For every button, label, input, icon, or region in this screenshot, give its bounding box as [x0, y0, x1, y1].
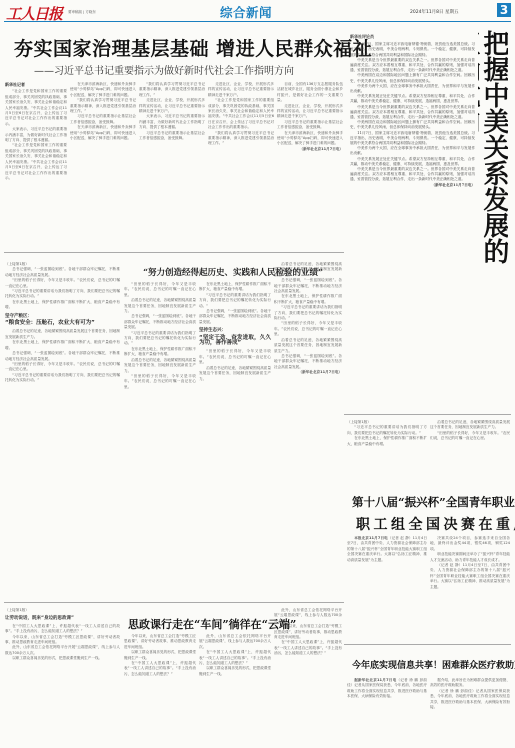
medical-headline: 今年底实现信息共享！困难群众医疗救助更高效	[352, 658, 515, 671]
commentary-signoff: （新华社北京11月7日电）	[350, 183, 475, 188]
lead-signoff: （新华社北京11月7日电）	[277, 147, 343, 152]
ideology-paragraph: 此外，山东省总工会依托网络平台开展“云端思政课”，线上参与人数达700余万人次。	[274, 608, 342, 624]
lead-column-5: 目前，全国有136万支志愿服务队伍活跃在城乡社区，服务全面小康社会和乡村振兴，是…	[277, 82, 343, 250]
skills-headline-line1: 第十八届“振兴杯”全国青年职业技能大赛	[352, 494, 515, 510]
ideology-paragraph: 今年以来，山东省总工会打造“劳模工匠思政课”，讲好劳动者故事，推动思政教育走进车…	[124, 634, 196, 650]
lead-paragraph: 走进社区、企业、学校，开展形式多样的宣传活动，让习近平总书记重要指示精神走进千家…	[208, 82, 274, 98]
feature-column-4: 沿着总书记的足迹，各地紧紧围绕高质量发展这个首要任务，因地制宜发展新质生产力。 …	[274, 262, 342, 602]
feature-paragraph: 沿着总书记的足迹，各地紧紧围绕高质量发展这个首要任务，因地制宜发展新质生产力。	[274, 262, 342, 278]
ideology-column-4: 此外，山东省总工会依托网络平台开展“云端思政课”，线上参与人数达700余万人次。…	[274, 608, 342, 748]
commentary-paragraph: 中美关系是当今世界最重要的双边关系之一。世界各国对中美关系走向普遍高度关注。双方…	[350, 167, 475, 183]
section-title: 综合新闻	[220, 3, 272, 21]
skills-dateline: 本报北京11月7日电	[354, 536, 388, 540]
feature-paragraph: 总书记强调，“一张蓝图绘到底”。各地干部群众牢记嘱托，不断推动地方经济社会高质量…	[5, 351, 120, 362]
skills-paragraph: 职业技能决赛期间还举办了“振兴杯”青年技能人才交流活动，助力青年技能人才成长成才…	[430, 552, 510, 563]
commentary-paragraph: 中美关系是当今世界最重要的双边关系之一。世界各国对中美关系走向普遍高度关注。双方…	[350, 105, 475, 121]
feature-paragraph: “田里的稻子长得好，今年又是丰收年。”农民们说，总书记的叮嘱一直记在心里。	[124, 374, 196, 390]
lead-paragraph: 目前，全国有136万支志愿服务队伍活跃在城乡社区，服务全面小康社会和乡村振兴，是…	[277, 82, 343, 104]
ideology-column-2: 今年以来，山东省总工会打造“劳模工匠思政课”，讲好劳动者故事，推动思政教育走进车…	[124, 634, 196, 748]
medical-column-1: 据新华社北京11月7日电（记者 徐 鹏 彭韵佳）记者从国家医保局获悉，今年底前，…	[347, 678, 427, 748]
feature-paragraph: “田里的稻子长得好，今年又是丰收年。”农民们说，总书记的叮嘱一直记在心里。	[199, 349, 271, 365]
lead-column-3: “我们将认真学习贯彻习近平总书记重要指示精神，深入推进党建引领基层治理工作。” …	[139, 82, 205, 250]
lead-headline: 夯实国家治理基层基础 增进人民群众福祉	[14, 34, 372, 61]
lead-paragraph: 习近平总书记的重要指示让基层社会工作者倍感振奋，备受鼓舞。	[277, 120, 343, 131]
ideology-paragraph: 以职工群众喜闻乐见的形式，把思政课堂搬到生产一线。	[199, 666, 271, 677]
lead-paragraph: 大家表示，习近平总书记的重要指示内涵丰富，为做好新时代社会工作指明了方向、提供了…	[139, 114, 205, 130]
feature-signoff: （新华社北京11月7日电）	[274, 370, 342, 375]
lead-byline: 新华社记者	[5, 82, 67, 87]
feature-paragraph: “田里的稻子长得好，今年又是丰收年。”农民们说，总书记的叮嘱一直记在心里。	[5, 278, 120, 289]
feature-paragraph: “习近平总书记的重要讲话为我们指明了方向，我们要把总书记的嘱托转化为实际行动。”	[274, 305, 342, 321]
lead-paragraph: “社会工作是党和国家工作的重要组成部分，事关巩固党的执政基础，事关国家长治久安，…	[208, 98, 274, 130]
feature-paragraph: 总书记强调，“一张蓝图绘到底”。各地干部群众牢记嘱托，不断推动地方经济社会高质量…	[274, 354, 342, 370]
feature-column-1: （上接第1版） 总书记强调，“一张蓝图绘到底”。各地干部群众牢记嘱托，不断推动地…	[5, 262, 120, 572]
feature-paragraph: “田里的稻子长得好，今年又是丰收年。”农民们说，总书记的叮嘱一直记在心里。	[430, 431, 510, 442]
ideology-paragraph: 在“中国工人大思政课”上，许振超代表“一线工人讲述自己的故事”。“手上没有油污，…	[5, 624, 120, 635]
skills-paragraph: （记者 赵 静）11月4日至7日，由共青团中央、人力资源社会保障部主办的第十八届…	[430, 563, 510, 590]
feature-paragraph: 沿着总书记的足迹，各地紧紧围绕高质量发展这个首要任务，因地制宜发展新质生产力。	[124, 358, 196, 374]
ideology-paragraph: 以职工群众喜闻乐见的形式，把思政课堂搬到生产一线。	[5, 656, 120, 661]
lead-paragraph: 在天津市滨海新区，快递和外卖骑手使用“小哥驿站”App扫码，即可快速进入小区配送…	[70, 125, 136, 141]
lead-paragraph: “我们将认真学习贯彻习近平总书记重要指示精神，深入推进党建引领基层治理工作。”	[208, 131, 274, 147]
feature-continuation-1: （上接第1版） “习近平总书记的重要讲话为我们指明了方向，我们要把总书记的嘱托转…	[347, 420, 427, 486]
feature-paragraph: “习近平总书记的重要讲话为我们指明了方向，我们要把总书记的嘱托转化为实际行动。”	[199, 293, 271, 309]
feature-paragraph: 在东北黑土地上，保护性耕作推广面积不断扩大，粮食产量稳中有增。	[347, 436, 427, 447]
lead-paragraph: “我们将认真学习贯彻习近平总书记重要指示精神，深入推进党建引领基层治理工作。”	[139, 82, 205, 98]
feature-continuation-2: 沿着总书记的足迹，各地紧紧围绕高质量发展这个首要任务，因地制宜发展新质生产力。 …	[430, 420, 510, 486]
ideology-paragraph: 此外，山东省总工会依托网络平台开展“云端思政课”，线上参与人数达700余万人次。	[5, 645, 120, 656]
continued-label: （上接第1版）	[5, 608, 120, 613]
feature-section-quote: “坚定干劲、奋发进取，久久为功，善作善成”	[199, 336, 271, 347]
masthead-rule	[4, 21, 511, 22]
feature-paragraph: “习近平总书记的重要讲话为我们指明了方向，我们要把总书记的嘱托转化为实际行动。”	[5, 289, 120, 300]
ideology-column-1: （上接第1版） 让劳动说话，既来“身边的思政课” 在“中国工人大思政课”上，许振…	[5, 608, 120, 748]
feature-paragraph: “习近平总书记的重要讲话为我们指明了方向，我们要把总书记的嘱托转化为实际行动。”	[347, 425, 427, 436]
feature-section-label: 坚持生态兴：	[199, 328, 271, 333]
feature-column-3: 在东北黑土地上，保护性耕作推广面积不断扩大，粮食产量稳中有增。 “习近平总书记的…	[199, 282, 271, 572]
lead-paragraph: “我们将认真学习贯彻习近平总书记重要指示精神，深入推进党建引领基层治理工作。”	[70, 98, 136, 114]
feature-section-quote: “粮食安全：压舱石，农业大有可为”	[5, 321, 120, 326]
commentary-paragraph: 中美作为两个大国，应在全球事务中承担大国责任，为世界和平与发展作出贡献。	[350, 84, 475, 94]
lead-paragraph: 在天津市滨海新区，快递和外卖骑手使用“小哥驿站”App扫码，即可快速进入小区配送…	[277, 131, 343, 147]
ideology-section-label: 让劳动说话，既来“身边的思政课”	[5, 616, 120, 621]
commentary-vertical-title: 把握中美关系发展的正确航向	[478, 30, 508, 265]
ideology-paragraph: 此外，山东省总工会依托网络平台开展“云端思政课”，线上参与人数达700余万人次。	[199, 634, 271, 650]
feature-paragraph: “习近平总书记的重要讲话为我们指明了方向，我们要把总书记的嘱托转化为实际行动。”	[5, 373, 120, 384]
feature-paragraph: 总书记强调，“一张蓝图绘到底”。各地干部群众牢记嘱托，不断推动地方经济社会高质量…	[124, 314, 196, 330]
commentary-body: 新华社评论员 11月7日，国家主席习近平致电唐纳德·特朗普，祝贺他当选美国总统。…	[350, 34, 475, 414]
medical-dateline: 据新华社北京11月7日电	[354, 678, 396, 682]
feature-paragraph: 总书记强调，“一张蓝图绘到底”。各地干部群众牢记嘱托，不断推动地方经济社会高质量…	[5, 267, 120, 278]
feature-paragraph: 总书记强调，“一张蓝图绘到底”。各地干部群众牢记嘱托，不断推动地方经济社会高质量…	[199, 309, 271, 325]
feature-paragraph: “田里的稻子长得好，今年又是丰收年。”农民们说，总书记的叮嘱一直记在心里。	[274, 321, 342, 337]
skills-paragraph: 决赛共设24个项目，参赛选手来自全国各地，最终评出金奖44项，银奖46项，铜奖1…	[430, 536, 510, 552]
feature-paragraph: 总书记强调，“一张蓝图绘到底”。各地干部群众牢记嘱托，不断推动地方经济社会高质量…	[274, 278, 342, 294]
masthead-editor-line: 要审稿阅 | 方晓东	[68, 10, 96, 15]
lead-paragraph: 习近平总书记的重要指示让基层社会工作者倍感振奋，备受鼓舞。	[70, 114, 136, 125]
medical-paragraph: （记者 徐 鹏 彭韵佳）记者从国家医保局获悉，今年底前，各地医疗救助工作将全面实…	[430, 689, 510, 711]
feature-paragraph: 在东北黑土地上，保护性耕作推广面积不断扩大，粮食产量稳中有增。	[124, 347, 196, 358]
section-divider	[344, 414, 511, 415]
skills-column-2: 决赛共设24个项目，参赛选手来自全国各地，最终评出金奖44项，银奖46项，铜奖1…	[430, 536, 510, 632]
section-divider	[344, 644, 511, 645]
feature-paragraph: “习近平总书记的重要讲话为我们指明了方向，我们要把总书记的嘱托转化为实际行动。”	[124, 331, 196, 347]
feature-paragraph: “田里的稻子长得好，今年又是丰收年。”农民们说，总书记的叮嘱一直记在心里。	[124, 282, 196, 298]
ideology-paragraph: 在“中国工人大思政课”上，许振超代表“一线工人讲述自己的故事”。“手上没有油污，…	[274, 640, 342, 656]
commentary-paragraph: 中美两国在双边和国际地区问题上拥有广泛共同利益和合作空间。回顾历史，中美关系几经…	[350, 120, 475, 130]
feature-paragraph: 沿着总书记的足迹，各地紧紧围绕高质量发展这个首要任务，因地制宜发展新质生产力。	[199, 366, 271, 382]
ideology-column-3: 此外，山东省总工会依托网络平台开展“云端思政课”，线上参与人数达700余万人次。…	[199, 634, 271, 748]
medical-column-2: 据介绍，此举旨在为困难群众提供更加便捷、高效的医疗救助服务。 （记者 徐 鹏 彭…	[430, 678, 510, 748]
lead-paragraph: 走进社区、企业、学校，开展形式多样的宣传活动，让习近平总书记重要指示精神走进千家…	[277, 104, 343, 120]
skills-column-1: 本报北京11月7日电（记者 赵 静）11月4日至7日，由共青团中央、人力资源社会…	[347, 536, 427, 632]
page-number: 3	[497, 3, 511, 17]
lead-subheadline: ——习近平总书记重要指示为做好新时代社会工作指明方向	[34, 62, 294, 77]
issue-date: 2024年11月8日 星期五	[410, 9, 458, 15]
commentary-paragraph: 11月7日，国家主席习近平致电唐纳德·特朗普，祝贺他当选美国总统。习近平指出，历…	[350, 131, 475, 147]
ideology-paragraph: 今年以来，山东省总工会打造“劳模工匠思政课”，讲好劳动者故事，推动思政教育走进车…	[5, 635, 120, 646]
feature-paragraph: 沿着总书记的足迹，各地紧紧围绕高质量发展这个首要任务，因地制宜发展新质生产力。	[124, 298, 196, 314]
lead-paragraph: 走进社区、企业、学校，开展形式多样的宣传活动，让习近平总书记重要指示精神走进千家…	[139, 98, 205, 114]
section-divider	[4, 252, 344, 253]
commentary-label: 新华社评论员	[350, 34, 475, 39]
commentary-paragraph: 中美关系发展正处在关键节点。希望双方坚持相互尊重、和平共处、合作共赢，推动中美关…	[350, 94, 475, 104]
lead-column-4: 走进社区、企业、学校，开展形式多样的宣传活动，让习近平总书记重要指示精神走进千家…	[208, 82, 274, 250]
feature-paragraph: 在东北黑土地上，保护性耕作推广面积不断扩大，粮食产量稳中有增。	[274, 294, 342, 305]
feature-section-label: 坚守产粮区：	[5, 314, 120, 319]
ideology-paragraph: 以职工群众喜闻乐见的形式，把思政课堂搬到生产一线。	[124, 650, 196, 661]
feature-paragraph: 在东北黑土地上，保护性耕作推广面积不断扩大，粮食产量稳中有增。	[5, 340, 120, 351]
ideology-headline: 思政课行走在“车间”徜徉在“云端”	[128, 616, 296, 632]
skills-headline-line2: 职工组全国决赛在重庆举行	[356, 514, 515, 534]
commentary-paragraph: 中美关系是当今世界最重要的双边关系之一。世界各国对中美关系走向普遍高度关注。双方…	[350, 58, 475, 74]
lead-paragraph: “社会工作是党和国家工作的重要组成部分，事关巩固党的执政基础，事关国家长治久安，…	[5, 143, 67, 181]
commentary-paragraph: 中美两国在双边和国际地区问题上拥有广泛共同利益和合作空间。回顾历史，中美关系几经…	[350, 73, 475, 83]
lead-column-1: 新华社记者 “社会工作是党和国家工作的重要组成部分，事关巩固党的执政基础，事关国…	[5, 82, 67, 250]
feature-paragraph: 在东北黑土地上，保护性耕作推广面积不断扩大，粮食产量稳中有增。	[5, 300, 120, 311]
medical-paragraph: 据介绍，此举旨在为困难群众提供更加便捷、高效的医疗救助服务。	[430, 678, 510, 689]
lead-paragraph: “社会工作是党和国家工作的重要组成部分，事关巩固党的执政基础，事关国家长治久安，…	[5, 89, 67, 127]
ideology-paragraph: 今年以来，山东省总工会打造“劳模工匠思政课”，讲好劳动者故事，推动思政教育走进车…	[274, 624, 342, 640]
feature-paragraph: 在东北黑土地上，保护性耕作推广面积不断扩大，粮食产量稳中有增。	[199, 282, 271, 293]
lead-paragraph: 在天津市滨海新区，快递和外卖骑手使用“小哥驿站”App扫码，即可快速进入小区配送…	[70, 82, 136, 98]
ideology-paragraph: 在“中国工人大思政课”上，许振超代表“一线工人讲述自己的故事”。“手上没有油污，…	[124, 661, 196, 677]
commentary-paragraph: 中美作为两个大国，应在全球事务中承担大国责任，为世界和平与发展作出贡献。	[350, 146, 475, 156]
feature-paragraph: 沿着总书记的足迹，各地紧紧围绕高质量发展这个首要任务，因地制宜发展新质生产力。	[274, 338, 342, 354]
ideology-paragraph: 在“中国工人大思政课”上，许振超代表“一线工人讲述自己的故事”。“手上没有油污，…	[199, 650, 271, 666]
commentary-paragraph: 中美关系发展正处在关键节点。希望双方坚持相互尊重、和平共处、合作共赢，推动中美关…	[350, 157, 475, 167]
lead-column-2: 在天津市滨海新区，快递和外卖骑手使用“小哥驿站”App扫码，即可快速进入小区配送…	[70, 82, 136, 250]
lead-paragraph: 大家表示，习近平总书记的重要指示内涵丰富，为做好新时代社会工作指明了方向、提供了…	[5, 127, 67, 143]
section-divider	[4, 602, 344, 603]
feature-column-2: “田里的稻子长得好，今年又是丰收年。”农民们说，总书记的叮嘱一直记在心里。 沿着…	[124, 282, 196, 572]
commentary-paragraph: 11月7日，国家主席习近平致电唐纳德·特朗普，祝贺他当选美国总统。习近平指出，历…	[350, 42, 475, 58]
lead-paragraph: 习近平总书记的重要指示让基层社会工作者倍感振奋，备受鼓舞。	[139, 131, 205, 142]
feature-paragraph: 沿着总书记的足迹，各地紧紧围绕高质量发展这个首要任务，因地制宜发展新质生产力。	[430, 420, 510, 431]
feature-paragraph: 沿着总书记的足迹，各地紧紧围绕高质量发展这个首要任务，因地制宜发展新质生产力。	[5, 329, 120, 340]
feature-paragraph: “田里的稻子长得好，今年又是丰收年。”农民们说，总书记的叮嘱一直记在心里。	[5, 362, 120, 373]
